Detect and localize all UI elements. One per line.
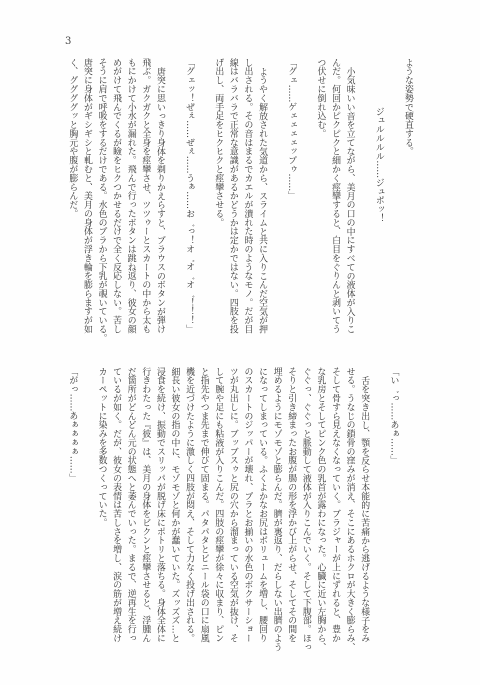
paragraph-start-line: 小気味いい音を立てながら、美月の口の中にすべての液体が入りこ	[342, 58, 357, 340]
text-line: めがけて飛んでくるが瞼をヒクつかせるだけで全く反応しない。苦し	[109, 58, 124, 340]
document-page: 3 ような姿勢で硬直する。 ジュルルルル……ジュポッ！ 小気味いい音を立てながら…	[0, 0, 480, 685]
text-line: と指先やつま先まで伸びて固まる。パタパタとビニール袋の口に扇風	[196, 367, 211, 649]
dialogue-line: 「がっ……あぁぁぁぁ……」	[65, 367, 80, 649]
blank-line	[357, 58, 372, 340]
blank-line	[79, 367, 94, 649]
blank-line	[400, 367, 415, 649]
dialogue-line: 「グェッ！ぜぇ……ぜぇ……うぁ……お゛っ！オ゛オ゛オ゛！！！」	[181, 58, 196, 340]
blank-line	[196, 58, 211, 340]
text-line: になってしまっている。ふくよかなお尻はボリュームを増し、腰回り	[254, 367, 269, 649]
dialogue-line: 「グェ……ゲェェェェップゥ……」	[284, 58, 299, 340]
paragraph-start-line: 舌を突き出し、顎を反らせ本能的に苦痛から逃げるような様子をみ	[357, 367, 372, 649]
text-line: ツが丸出しに。ブッブスゥと尻の穴から溜まっている空気が抜け、そ	[225, 367, 240, 649]
blank-line	[269, 58, 284, 340]
sound-effect-line: ジュルルルル……ジュポッ！	[371, 58, 386, 340]
blank-line	[298, 58, 313, 340]
text-line: 行きわたった『彼』は、美月の身体をビクンと痙攣させると、浮腫ん	[138, 367, 153, 649]
text-line: 唐突に身体がギシギシと軋むと、美月の身体が浮き輪を膨らますが如	[79, 58, 94, 340]
text-line: げ出し、両手足をヒクヒクと痙攣させる。	[211, 58, 226, 340]
text-line: し出される。その音はまるでカエルが潰れた時のようなモノ。だが目	[240, 58, 255, 340]
upper-text-tier: ような姿勢で硬直する。 ジュルルルル……ジュポッ！ 小気味いい音を立てながら、美…	[65, 58, 415, 340]
text-line: そして骨すら見えなくなっていく。ブラジャーが上にずれると、豊か	[327, 367, 342, 649]
text-line: 浸食を続け、振動でスリッパが脱げ床にポトリと落ちる。身体全体に	[152, 367, 167, 649]
dialogue-line: 「い゛っ……あぁ……」	[386, 367, 401, 649]
text-line: だ箇所がどんどん元の状態へと萎んでいった。まるで、逆再生を行っ	[123, 367, 138, 649]
text-line: 線はバラバラで正常な意識があるかどうかは定かではない。四肢を投	[225, 58, 240, 340]
text-line: 細長い彼女の指の中に、モゾモゾと何かが蠢いていた。ズッズズ…と	[167, 367, 182, 649]
text-line: して腕や足にも粘液が入りこんだ。四肢の痙攣が徐々に収まり、ピン	[211, 367, 226, 649]
text-line: な乳房とそしてピンク色の乳首が露わになった。心臓に近い左胸から、	[313, 367, 328, 649]
text-line: そりと引き締まったお腹が腸の形を浮かび上がらせ、そしてその間を	[284, 367, 299, 649]
text-line: ような姿勢で硬直する。	[400, 58, 415, 340]
text-line: そうに肩で呼吸をするだけである。水色のブラから下乳が覗いている。	[94, 58, 109, 340]
paragraph-start-line: 唐突に思いっきり身体を剃りかえらすと、ブラウスのボタンが弾け	[152, 58, 167, 340]
text-line: せる。うなじの鎖骨の窪みが消え、そこにあるホクロが大きく膨らみ、	[342, 367, 357, 649]
text-line: 機を近づけたように激しく四肢が悶え、そして力なく投げ出される。	[181, 367, 196, 649]
page-number: 3	[65, 36, 71, 48]
text-line: 飛ぶ。ガクガクと全身を痙攣させ、ツツゥーとスカートの中から太も	[138, 58, 153, 340]
text-line: んだ。何回かピクピクと細かく痙攣すると、白目をぐりんと剥いてう	[327, 58, 342, 340]
text-line: もにかけて小水が漏れた。飛んで行ったボタンは跳ね返り、彼女の顔	[123, 58, 138, 340]
blank-line	[386, 58, 401, 340]
text-line: つ伏せに倒れ込む。	[313, 58, 328, 340]
text-line: く、ググググッと胸元や腹が膨らんだ。	[65, 58, 80, 340]
text-line: ているが如く。だが、彼女の表情は苦しさを増し、涙の筋が増え続け	[109, 367, 124, 649]
text-line: のスカートのジッパーが壊れ、ブラとお揃いの水色のボクサーショー	[240, 367, 255, 649]
paragraph-start-line: ようやく解放された気道から、スライムと共に入りこんだ空気が押	[254, 58, 269, 340]
text-line: 埋めるようにモゾモゾと膨らんだ。臍が裏返り、だらしない出臍のよう	[269, 367, 284, 649]
blank-line	[167, 58, 182, 340]
blank-line	[371, 367, 386, 649]
lower-text-tier: 「い゛っ……あぁ……」 舌を突き出し、顎を反らせ本能的に苦痛から逃げるような様子…	[65, 367, 415, 649]
text-line: ぐぐっ、ぐぐっと脈動して液体が入りこんでいく。そして下腹部。ほっ	[298, 367, 313, 649]
text-line: カーペットに染みを多数つくっていた。	[94, 367, 109, 649]
